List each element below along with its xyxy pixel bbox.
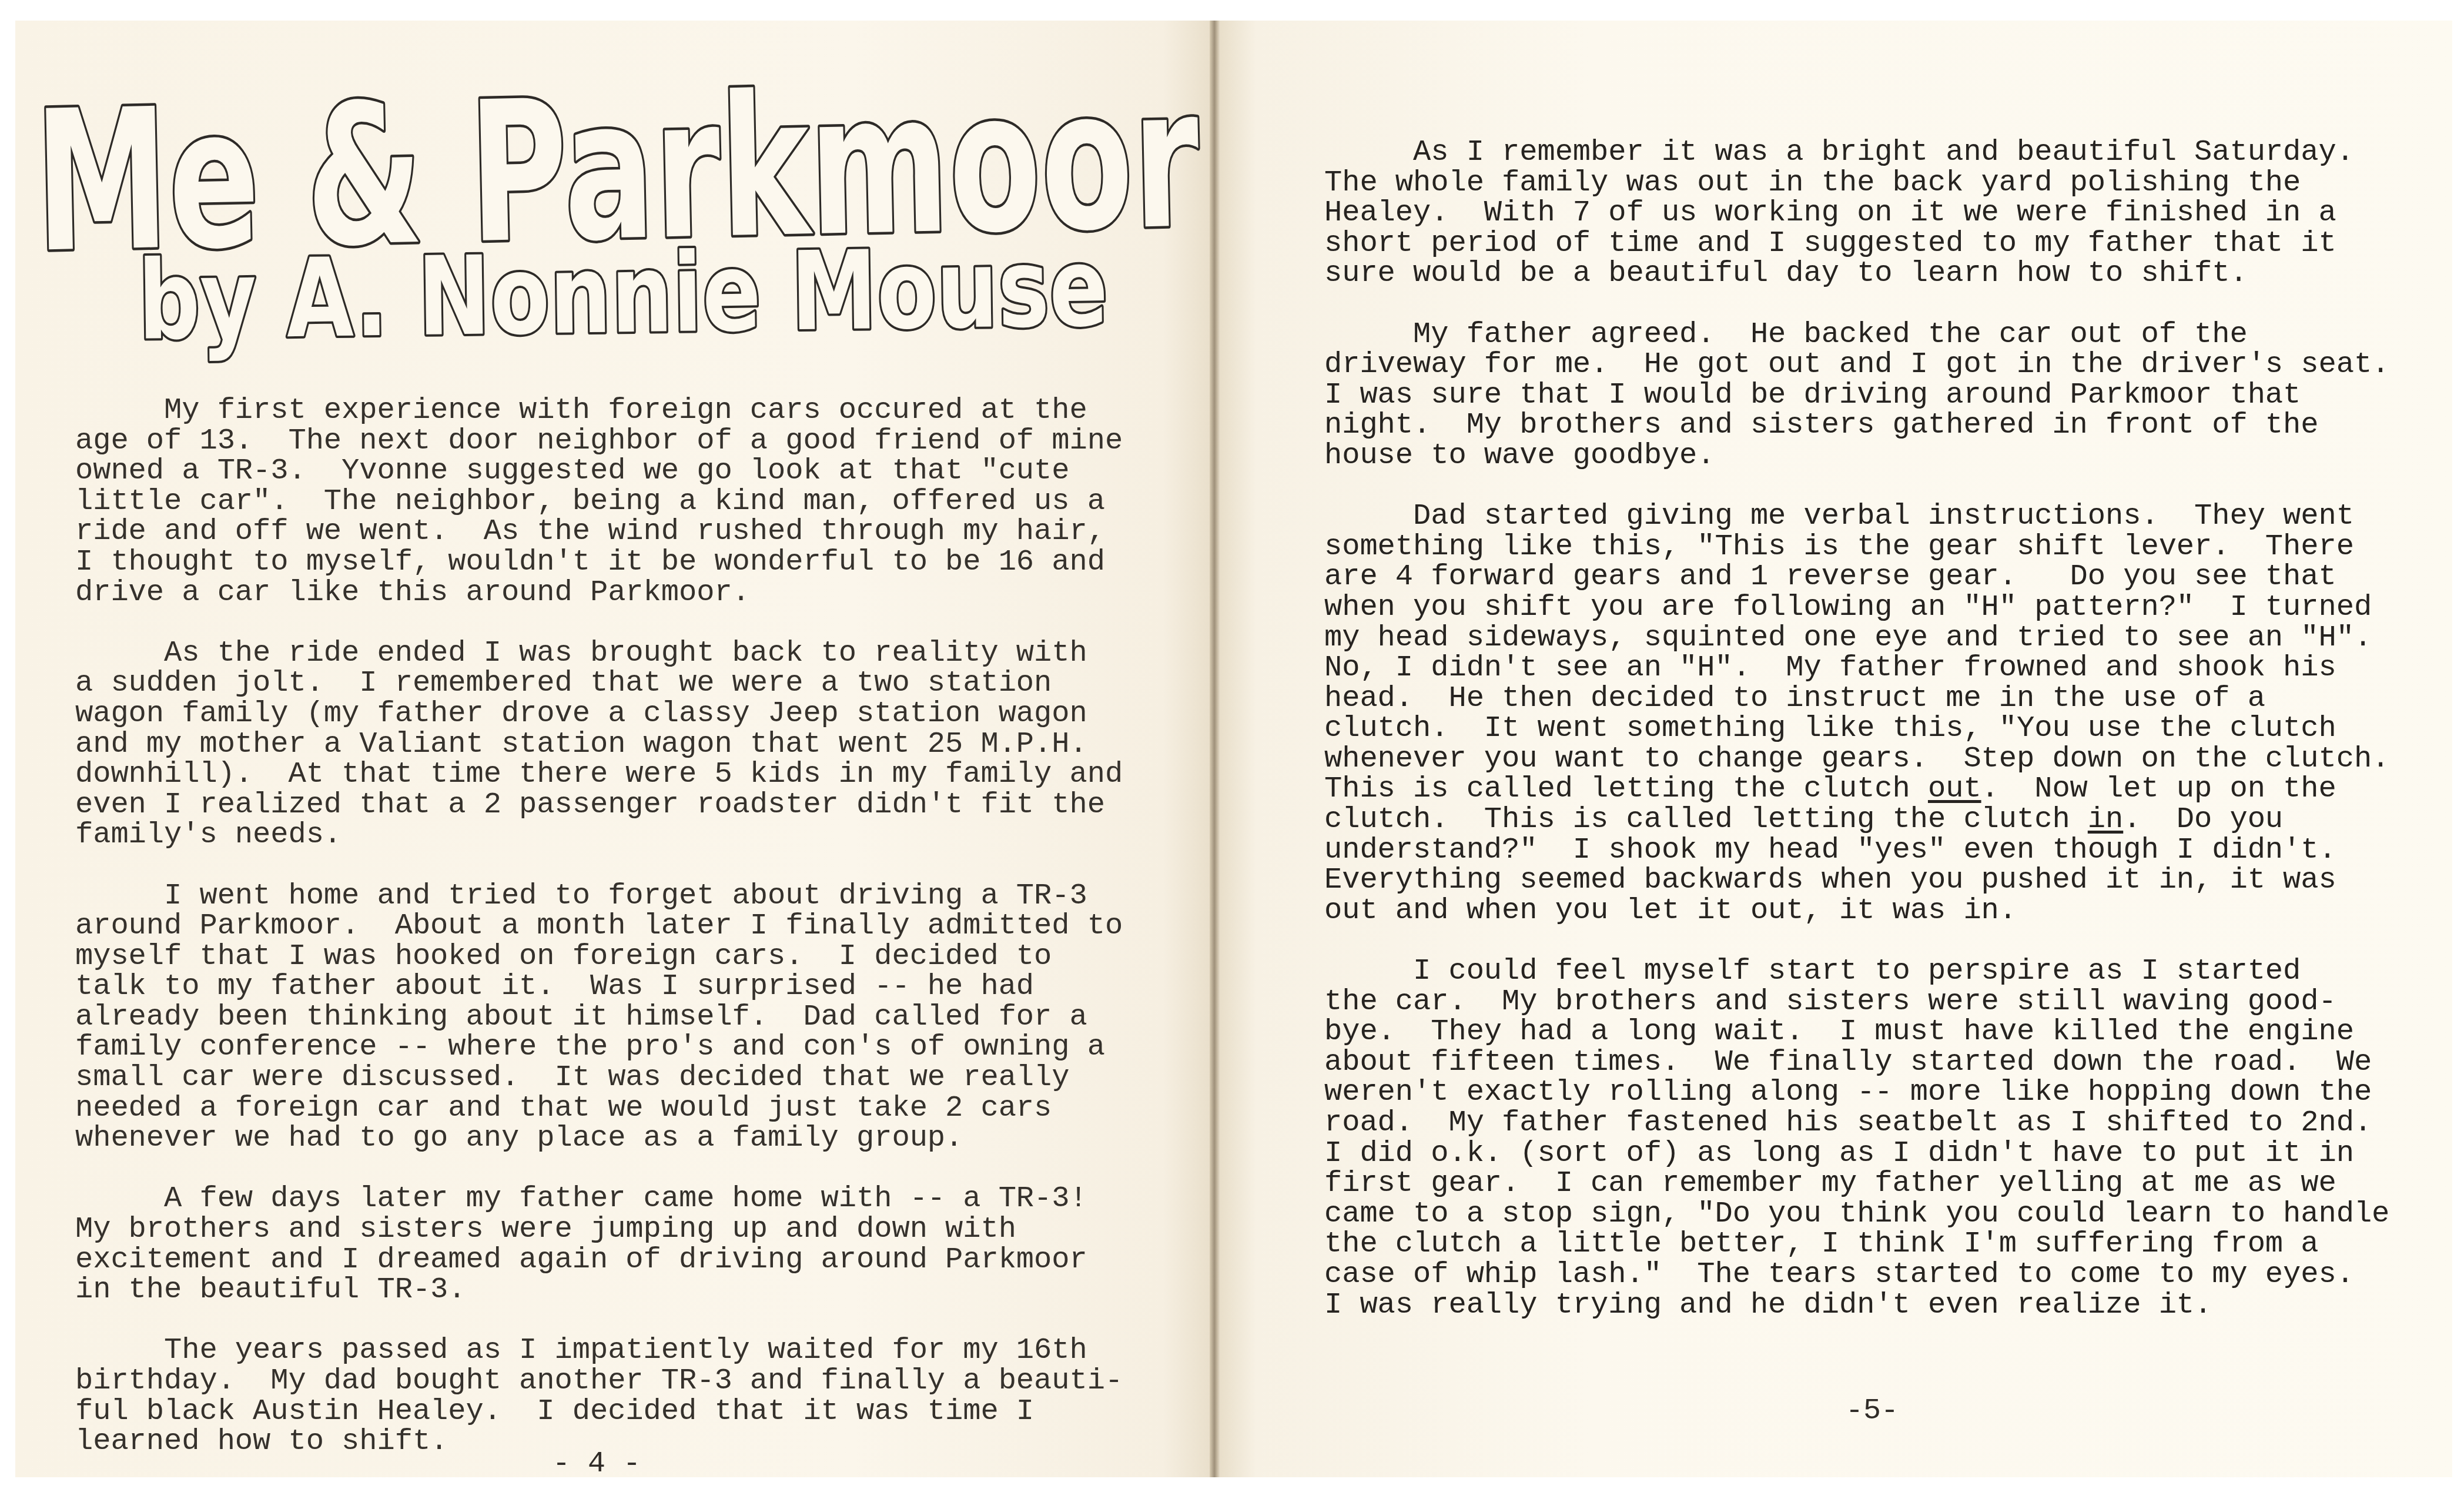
- text-line: birthday. My dad bought another TR-3 and…: [75, 1366, 1123, 1397]
- text-line: I could feel myself start to perspire as…: [1324, 956, 2389, 987]
- paragraph: I could feel myself start to perspire as…: [1324, 956, 2389, 1320]
- text-line: needed a foreign car and that we would j…: [75, 1093, 1123, 1124]
- title-byline: by A. Nonnie Mouse: [138, 224, 1109, 364]
- text-line: clutch. It went something like this, "Yo…: [1324, 714, 2389, 744]
- text-line: night. My brothers and sisters gathered …: [1324, 410, 2389, 441]
- text-line: ful black Austin Healey. I decided that …: [75, 1397, 1123, 1427]
- text-line: No, I didn't see an "H". My father frown…: [1324, 653, 2389, 684]
- text-line: the clutch a little better, I think I'm …: [1324, 1229, 2389, 1260]
- paragraph: My first experience with foreign cars oc…: [75, 396, 1123, 608]
- text-line: case of whip lash." The tears started to…: [1324, 1260, 2389, 1290]
- text-line: weren't exactly rolling along -- more li…: [1324, 1078, 2389, 1108]
- text-line: ride and off we went. As the wind rushed…: [75, 517, 1123, 547]
- text-line: a sudden jolt. I remembered that we were…: [75, 668, 1123, 699]
- text-line: came to a stop sign, "Do you think you c…: [1324, 1199, 2389, 1230]
- text-line: Healey. With 7 of us working on it we we…: [1324, 198, 2389, 229]
- text-line: whenever we had to go any place as a fam…: [75, 1123, 1123, 1154]
- text-line: understand?" I shook my head "yes" even …: [1324, 835, 2389, 866]
- text-line: My brothers and sisters were jumping up …: [75, 1214, 1123, 1245]
- text-line: short period of time and I suggested to …: [1324, 229, 2389, 259]
- text-line: My first experience with foreign cars oc…: [75, 396, 1123, 426]
- underlined-word: out: [1928, 772, 1981, 806]
- text-line: Dad started giving me verbal instruction…: [1324, 501, 2389, 532]
- text-line: I was really trying and he didn't even r…: [1324, 1290, 2389, 1321]
- left-page-body: My first experience with foreign cars oc…: [75, 396, 1123, 1487]
- text-line: about fifteen times. We finally started …: [1324, 1048, 2389, 1078]
- text-line: the car. My brothers and sisters were st…: [1324, 987, 2389, 1018]
- text-line: sure would be a beautiful day to learn h…: [1324, 259, 2389, 289]
- text-line: out and when you let it out, it was in.: [1324, 896, 2389, 926]
- text-line: This is called letting the clutch out. N…: [1324, 774, 2389, 805]
- text-line: My father agreed. He backed the car out …: [1324, 320, 2389, 350]
- text-line: The years passed as I impatiently waited…: [75, 1336, 1123, 1366]
- text-line: when you shift you are following an "H" …: [1324, 593, 2389, 623]
- text-line: bye. They had a long wait. I must have k…: [1324, 1017, 2389, 1048]
- text-line: something like this, "This is the gear s…: [1324, 532, 2389, 563]
- text-line: whenever you want to change gears. Step …: [1324, 744, 2389, 775]
- text-line: head. He then decided to instruct me in …: [1324, 684, 2389, 714]
- title-graphic: Me & Parkmoor by A. Nonnie Mouse: [0, 0, 1234, 376]
- text-line: I was sure that I would be driving aroun…: [1324, 380, 2389, 411]
- text-line: talk to my father about it. Was I surpri…: [75, 972, 1123, 1002]
- text-line: first gear. I can remember my father yel…: [1324, 1169, 2389, 1199]
- text-line: I thought to myself, wouldn't it be wond…: [75, 547, 1123, 578]
- text-line: house to wave goodbye.: [1324, 441, 2389, 471]
- text-line: A few days later my father came home wit…: [75, 1184, 1123, 1214]
- right-page-body: As I remember it was a bright and beauti…: [1324, 138, 2389, 1351]
- text-line: and my mother a Valiant station wagon th…: [75, 730, 1123, 760]
- text-line: myself that I was hooked on foreign cars…: [75, 942, 1123, 972]
- paragraph: As the ride ended I was brought back to …: [75, 638, 1123, 851]
- paragraph: I went home and tried to forget about dr…: [75, 881, 1123, 1154]
- text-line: As the ride ended I was brought back to …: [75, 638, 1123, 669]
- text-line: I did o.k. (sort of) as long as I didn't…: [1324, 1139, 2389, 1169]
- text-line: around Parkmoor. About a month later I f…: [75, 911, 1123, 942]
- text-line: As I remember it was a bright and beauti…: [1324, 138, 2389, 168]
- paragraph: My father agreed. He backed the car out …: [1324, 320, 2389, 471]
- text-line: small car were discussed. It was decided…: [75, 1063, 1123, 1093]
- underlined-word: in: [2088, 803, 2123, 837]
- page-number-left: - 4 -: [553, 1447, 641, 1481]
- text-line: my head sideways, squinted one eye and t…: [1324, 623, 2389, 654]
- text-line: are 4 forward gears and 1 reverse gear. …: [1324, 562, 2389, 593]
- text-line: driveway for me. He got out and I got in…: [1324, 350, 2389, 380]
- paragraph: As I remember it was a bright and beauti…: [1324, 138, 2389, 289]
- text-line: excitement and I dreamed again of drivin…: [75, 1245, 1123, 1276]
- page-number-right: -5-: [1846, 1394, 1899, 1428]
- text-line: even I realized that a 2 passenger roads…: [75, 790, 1123, 821]
- text-line: I went home and tried to forget about dr…: [75, 881, 1123, 912]
- text-line: The whole family was out in the back yar…: [1324, 168, 2389, 199]
- text-line: little car". The neighbor, being a kind …: [75, 487, 1123, 517]
- text-line: Everything seemed backwards when you pus…: [1324, 865, 2389, 896]
- text-line: in the beautiful TR-3.: [75, 1275, 1123, 1306]
- text-line: clutch. This is called letting the clutc…: [1324, 805, 2389, 835]
- paragraph: Dad started giving me verbal instruction…: [1324, 501, 2389, 926]
- text-line: family conference -- where the pro's and…: [75, 1032, 1123, 1063]
- text-line: age of 13. The next door neighbor of a g…: [75, 426, 1123, 457]
- paragraph: The years passed as I impatiently waited…: [75, 1336, 1123, 1457]
- text-line: downhill). At that time there were 5 kid…: [75, 759, 1123, 790]
- text-line: family's needs.: [75, 820, 1123, 851]
- text-line: owned a TR-3. Yvonne suggested we go loo…: [75, 456, 1123, 487]
- paragraph: A few days later my father came home wit…: [75, 1184, 1123, 1305]
- text-line: wagon family (my father drove a classy J…: [75, 699, 1123, 730]
- text-line: road. My father fastened his seatbelt as…: [1324, 1108, 2389, 1139]
- text-line: already been thinking about it himself. …: [75, 1002, 1123, 1033]
- text-line: drive a car like this around Parkmoor.: [75, 578, 1123, 608]
